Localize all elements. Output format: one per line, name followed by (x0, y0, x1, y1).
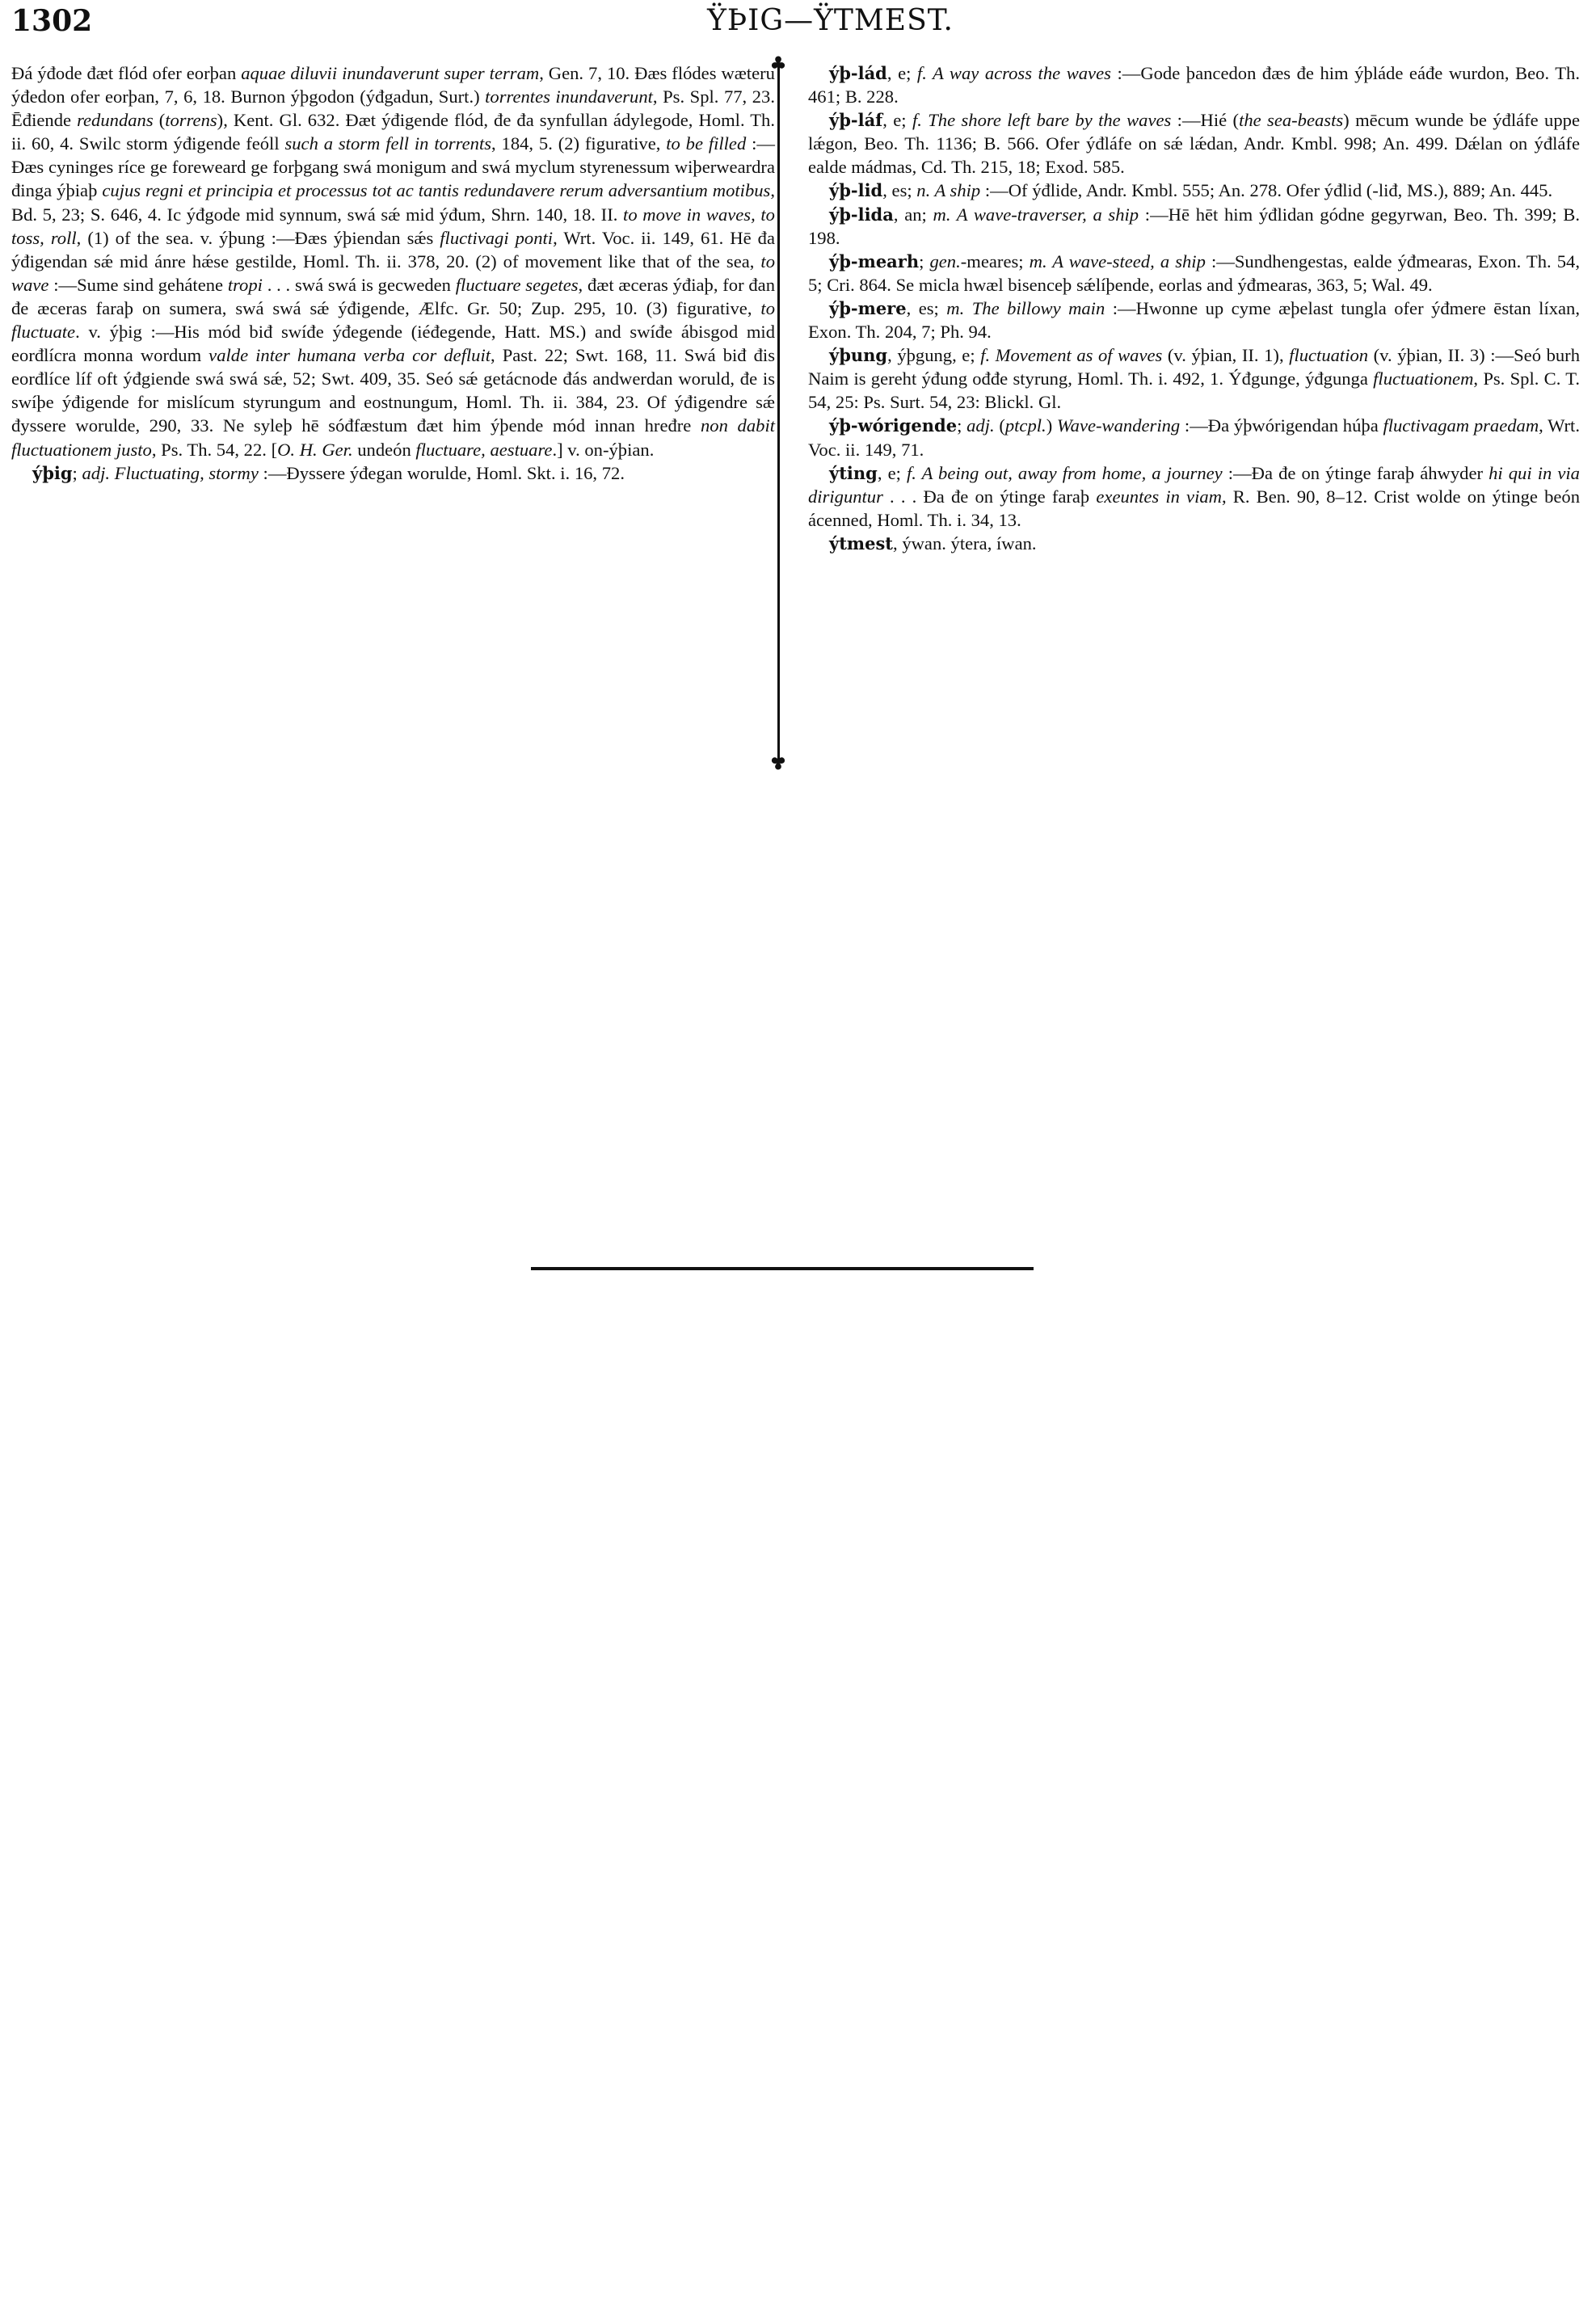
italic-gloss: fluctuare, aestuare (415, 440, 552, 460)
italic-gloss: redundans (77, 110, 154, 130)
entry-text: .] v. on-ýþian. (552, 440, 654, 460)
entry-text: , 184, 5. (2) figurative, (491, 133, 666, 154)
entry-text: :—Ða đe on ýtinge faraþ áhwyder (1223, 463, 1489, 483)
entry-text: :—Hié ( (1171, 110, 1239, 130)
dictionary-entry: ýþig; adj. Fluctuating, stormy :—Ðyssere… (11, 461, 775, 485)
entry-text: ; (73, 463, 82, 483)
entry-text: :—Ðyssere ýđegan worulde, Homl. Skt. i. … (259, 463, 625, 483)
italic-gloss: m. A wave-traverser, a ship (933, 204, 1139, 225)
italic-gloss: m. A wave-steed, a ship (1030, 251, 1206, 272)
entry-text: . . . swá swá is gecweden (263, 275, 456, 295)
italic-gloss: f. Movement as of waves (980, 345, 1162, 365)
left-column: Ðá ýđode đæt flód ofer eorþan aquae dilu… (11, 61, 775, 485)
italic-gloss: adj. Fluctuating, stormy (82, 463, 258, 483)
headword: ýþ-mearh (829, 251, 919, 272)
headword: ýþ-lád (829, 63, 887, 83)
italic-gloss: cujus regni et principia et processus to… (102, 180, 770, 200)
headword: ýþung (829, 345, 887, 365)
headword: ýþ-láf (829, 110, 882, 130)
dictionary-entry: ýþ-mearh; gen.-meares; m. A wave-steed, … (808, 250, 1580, 297)
entry-text: (v. ýþian, II. 1), (1162, 345, 1289, 365)
entry-text: , ýþgung, e; (887, 345, 980, 365)
entry-text: :—Sume sind gehátene (48, 275, 227, 295)
headword: ýþig (32, 463, 73, 483)
italic-gloss: to be filled (666, 133, 746, 154)
italic-gloss: fluctuationem (1373, 368, 1473, 389)
running-head: ŸÞIG—ŸTMEST. (0, 3, 1596, 39)
entry-text: . . . Ða đe on ýtinge faraþ (883, 486, 1096, 507)
italic-gloss: tropi (228, 275, 263, 295)
dictionary-entry: ýþ-mere, es; m. The billowy main :—Hwonn… (808, 297, 1580, 343)
italic-gloss: exeuntes in viam (1096, 486, 1222, 507)
entry-text: , es; (907, 298, 947, 318)
entry-text: , e; (878, 463, 907, 483)
italic-gloss: adj. (966, 415, 995, 436)
italic-gloss: fluctuation (1289, 345, 1368, 365)
trefoil-ornament-icon: ♣ (768, 751, 789, 772)
headword: ýting (829, 463, 878, 483)
headword: ýþ-wórigende (829, 415, 957, 436)
entry-text: , ýwan. ýtera, íwan. (893, 533, 1037, 554)
headword: ýþ-mere (829, 298, 907, 318)
italic-gloss: f. A being out, away from home, a journe… (907, 463, 1223, 483)
italic-gloss: torrens (165, 110, 217, 130)
entry-text: , Ps. Th. 54, 22. [ (152, 440, 277, 460)
entry-text: Ðá ýđode đæt flód ofer eorþan (11, 63, 241, 83)
entry-text: , (1) of the sea. v. ýþung :—Ðæs ýþienda… (77, 228, 440, 248)
entry-text: , e; (887, 63, 917, 83)
entry-text: ; (919, 251, 929, 272)
entry-text: -meares; (961, 251, 1030, 272)
italic-gloss: m. The billowy main (946, 298, 1105, 318)
dictionary-entry: ýtmest, ýwan. ýtera, íwan. (808, 532, 1580, 555)
italic-gloss: ptcpl. (1005, 415, 1046, 436)
italic-gloss: valde inter humana verba cor defluit (208, 345, 491, 365)
dictionary-entry: ýþ-lád, e; f. A way across the waves :—G… (808, 61, 1580, 108)
italic-gloss: fluctivagi ponti (440, 228, 553, 248)
italic-gloss: Wave-wandering (1057, 415, 1180, 436)
entry-text: ) (1046, 415, 1057, 436)
italic-gloss: aquae diluvii inundaverunt super terram (241, 63, 539, 83)
italic-gloss: n. A ship (916, 180, 980, 200)
entry-text: ( (154, 110, 166, 130)
entry-text: :—Of ýđlide, Andr. Kmbl. 555; An. 278. O… (980, 180, 1552, 200)
headword: ýtmest (829, 533, 893, 554)
dictionary-entry: ýþ-wórigende; adj. (ptcpl.) Wave-wanderi… (808, 414, 1580, 461)
entry-continuation: Ðá ýđode đæt flód ofer eorþan aquae dilu… (11, 61, 775, 461)
dictionary-entry: ýþ-lid, es; n. A ship :—Of ýđlide, Andr.… (808, 179, 1580, 202)
entry-text: ( (995, 415, 1005, 436)
italic-gloss: the sea-beasts (1239, 110, 1343, 130)
column-divider (777, 65, 780, 761)
italic-gloss: torrentes inundaverunt (485, 86, 653, 107)
entry-text: , es; (882, 180, 916, 200)
entry-text: undeón (353, 440, 416, 460)
italic-gloss: such a storm fell in torrents (284, 133, 491, 154)
italic-gloss: fluctuare segetes (456, 275, 579, 295)
italic-gloss: gen. (929, 251, 960, 272)
headword: ýþ-lida (829, 204, 894, 225)
dictionary-entry: ýþung, ýþgung, e; f. Movement as of wave… (808, 343, 1580, 414)
dictionary-entry: ýting, e; f. A being out, away from home… (808, 461, 1580, 532)
italic-gloss: fluctivagam praedam (1383, 415, 1539, 436)
footer-rule (531, 1267, 1034, 1270)
entry-text: :—Ða ýþwórigendan húþa (1180, 415, 1383, 436)
italic-gloss: f. A way across the waves (917, 63, 1111, 83)
dictionary-entry: ýþ-láf, e; f. The shore left bare by the… (808, 108, 1580, 179)
dictionary-entry: ýþ-lida, an; m. A wave-traverser, a ship… (808, 203, 1580, 250)
entry-text: ; (957, 415, 966, 436)
headword: ýþ-lid (829, 180, 882, 200)
entry-text: , an; (894, 204, 933, 225)
entry-text: , e; (882, 110, 912, 130)
right-column: ýþ-lád, e; f. A way across the waves :—G… (808, 61, 1580, 555)
italic-gloss: f. The shore left bare by the waves (912, 110, 1171, 130)
italic-gloss: O. H. Ger. (277, 440, 353, 460)
